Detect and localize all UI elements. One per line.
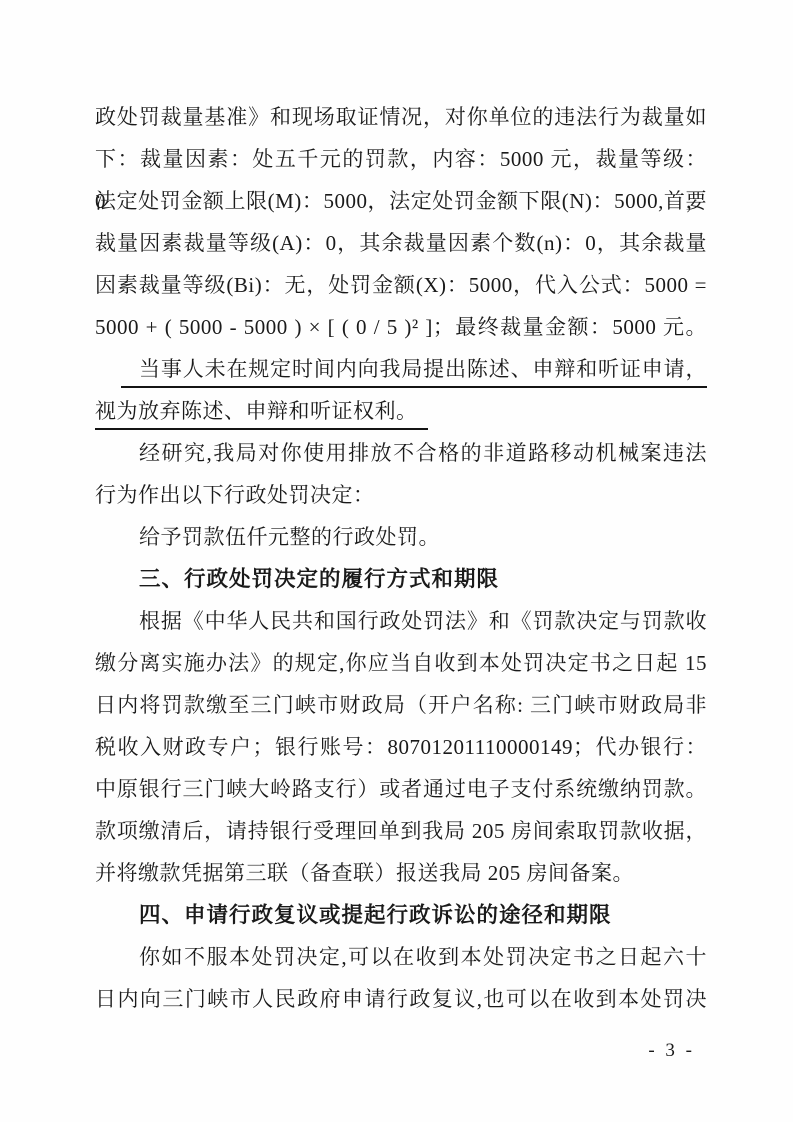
underlined-notice-line: 当事人未在规定时间内向我局提出陈述、申辩和听证申请， bbox=[95, 348, 707, 390]
document-line: 下：裁量因素：处五千元的罚款，内容：5000 元，裁量等级：0， bbox=[95, 138, 707, 180]
document-line: 裁量因素裁量等级(A)：0，其余裁量因素个数(n)：0，其余裁量 bbox=[95, 222, 707, 264]
document-line: 根据《中华人民共和国行政处罚法》和《罚款决定与罚款收 bbox=[95, 600, 707, 642]
underlined-notice-text: 当事人未在规定时间内向我局提出陈述、申辩和听证申请， bbox=[121, 352, 707, 388]
document-line: 缴分离实施办法》的规定,你应当自收到本处罚决定书之日起 15 bbox=[95, 642, 707, 684]
document-page: 政处罚裁量基准》和现场取证情况，对你单位的违法行为裁量如 下：裁量因素：处五千元… bbox=[0, 0, 793, 1122]
document-body: 政处罚裁量基准》和现场取证情况，对你单位的违法行为裁量如 下：裁量因素：处五千元… bbox=[95, 96, 707, 1020]
document-line: 日内将罚款缴至三门峡市财政局（开户名称: 三门峡市财政局非 bbox=[95, 684, 707, 726]
document-line: 你如不服本处罚决定,可以在收到本处罚决定书之日起六十 bbox=[95, 936, 707, 978]
document-line: 款项缴清后，请持银行受理回单到我局 205 房间索取罚款收据， bbox=[95, 810, 707, 852]
document-line: 并将缴款凭据第三联（备查联）报送我局 205 房间备案。 bbox=[95, 852, 707, 894]
page-number: - 3 - bbox=[648, 1040, 695, 1062]
document-line: 经研究,我局对你使用排放不合格的非道路移动机械案违法 bbox=[95, 432, 707, 474]
document-line: 行为作出以下行政处罚决定： bbox=[95, 474, 707, 516]
document-line: 中原银行三门峡大岭路支行）或者通过电子支付系统缴纳罚款。 bbox=[95, 768, 707, 810]
document-line: 日内向三门峡市人民政府申请行政复议,也可以在收到本处罚决 bbox=[95, 978, 707, 1020]
document-line: 给予罚款伍仟元整的行政处罚。 bbox=[95, 516, 707, 558]
document-line: 法定处罚金额上限(M)：5000，法定处罚金额下限(N)：5000,首要 bbox=[95, 180, 707, 222]
document-line: 税收入财政专户；银行账号：80701201110000149；代办银行： bbox=[95, 726, 707, 768]
document-line: 5000 + ( 5000 - 5000 ) × [ ( 0 / 5 )² ]；… bbox=[95, 306, 707, 348]
document-line: 因素裁量等级(Bi)：无，处罚金额(X)：5000，代入公式：5000 = bbox=[95, 264, 707, 306]
section-heading-3: 三、行政处罚决定的履行方式和期限 bbox=[95, 558, 707, 600]
underlined-notice-text: 视为放弃陈述、申辩和听证权利。 bbox=[95, 394, 428, 430]
underlined-notice-line: 视为放弃陈述、申辩和听证权利。 bbox=[95, 390, 707, 432]
section-heading-4: 四、申请行政复议或提起行政诉讼的途径和期限 bbox=[95, 894, 707, 936]
document-line: 政处罚裁量基准》和现场取证情况，对你单位的违法行为裁量如 bbox=[95, 96, 707, 138]
